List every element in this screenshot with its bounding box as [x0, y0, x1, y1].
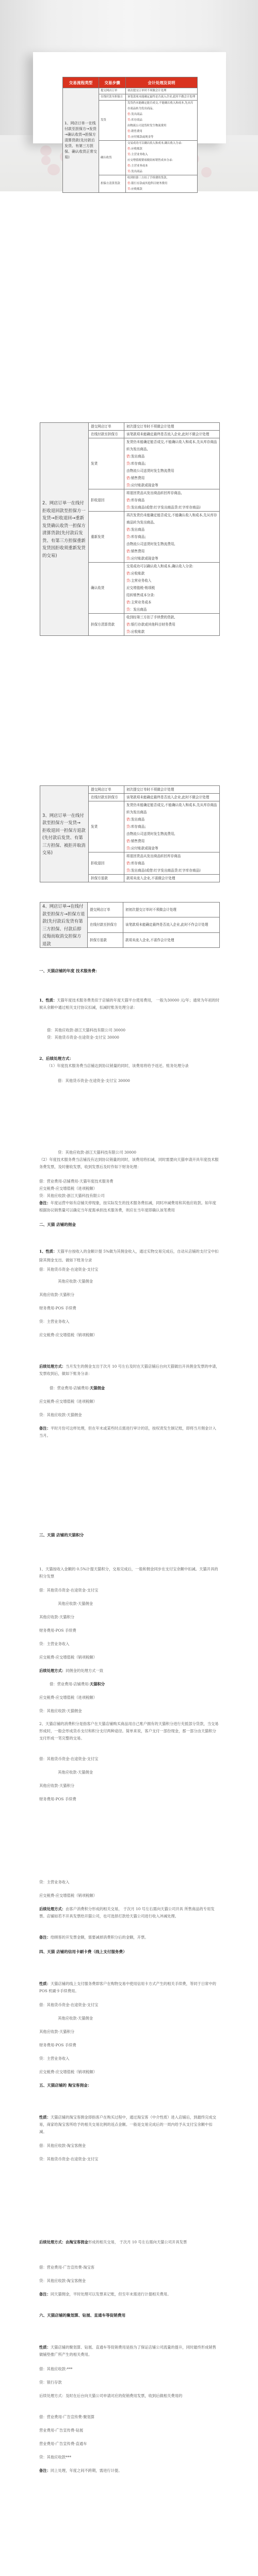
flow-type-cell: 1、网店订单一在线付款至担保方→发货→确认收货→担保方清算货款(先付款后发货、有… — [63, 88, 99, 193]
entry-line: 贷:应付账款或现金等 — [126, 555, 217, 562]
step-cell: 提交网店订单 — [88, 903, 123, 917]
step-cell: 重新发货 — [89, 512, 124, 563]
accounting-cell: 交易成功可以确认收入和成本,确认收入分录:借:应收账款贷:主营业务收入应交增值税… — [124, 563, 220, 614]
credit-marker: 贷 — [126, 462, 130, 466]
entry-line: 借:发出商品 — [126, 526, 217, 533]
accounting-cell: 交易成功可以确认收入和成本,确认收入分录:借:应收账款贷:主营业务收入应交增值税… — [126, 141, 198, 175]
s3-line2: 其他应收款-天猫佣金 — [39, 1600, 220, 1607]
entry-line: 贷:发出商品 — [127, 169, 196, 175]
s1-note: 备注：年度运营中如有店铺关停现象，按实际发生的技术服务费扣减，同时冲减费用和其他… — [39, 1200, 220, 1214]
s2-line1: 借：其他货币资金-在途资金-支付宝 — [39, 1266, 220, 1273]
entry-text: :发出商品(或借:红字发出商品贷:红字库存商品) — [130, 505, 201, 510]
s6-note: 备注：同上处理，年度之间不跨期，需进行计提。 — [39, 2467, 220, 2474]
note-text: 同天猫佣金，平时处理可以发票来记账，但至年末需进行计提相关费用。 — [51, 2292, 171, 2296]
entry-text: :主营业务成本 — [130, 165, 148, 168]
label: 后续处理方式： — [39, 1364, 66, 1369]
entry-text: 再次发货仍未能确定能否成交,不能确认收入和成本,先从库存商品转为发出商品, — [126, 513, 217, 524]
entry-text: :应收账款 — [130, 188, 142, 191]
entry-line: 应交增值税-销项税 — [126, 584, 217, 592]
entry-text: :库存商品 — [130, 119, 142, 122]
s1-followup-1: （1）年度技术服务费当店铺达到协议销量的同时，该费用将给予返还。账务处理分录 — [39, 1062, 220, 1070]
s3-paragraph-2: 2、天猫店铺的消费积分是指客户在天猫店铺购买商品用自己账户拥有的天猫积分进行充抵… — [39, 1720, 220, 1742]
text-bold: 天猫积分 — [90, 1682, 105, 1686]
credit-marker: 贷 — [126, 630, 130, 634]
step-cell: 提交网店订单 — [89, 786, 124, 794]
step-cell: 确认收货 — [89, 563, 124, 614]
entry-text: :库存商品 — [130, 498, 145, 502]
s4-line1: 借：其他货币资金-在途资金-支付宝 — [39, 2001, 220, 2009]
table-row: 1、网店订单一在线付款至担保方→发货→确认收货→担保方清算货款(先付款后发货、有… — [63, 88, 198, 94]
s3-m-line5: 贷：主营业务收入 — [39, 1879, 220, 1886]
entry-text: 由物流公司送货时发生物流费用, — [126, 542, 175, 546]
debit-marker: 借 — [126, 528, 130, 532]
s5-line1: 借：其他应收款-淘宝客佣金 — [39, 2142, 220, 2150]
step-cell: 确认收货 — [99, 141, 126, 175]
s3-followup-line1: 借：营业费用-店铺费用-天猫积分 — [39, 1681, 220, 1688]
debit-marker: 借 — [126, 571, 130, 576]
entry-text: :发出商品 — [130, 454, 145, 458]
label: 后续处理方式： — [39, 1907, 66, 1911]
s4-nature-paragraph: 性质：天猫店铺的线上支付服务费即客户在购物交易中使用信用卡方式产生的相关手续费，… — [39, 1980, 220, 1995]
entry-line: 借:银行存款或其他科目财务费用 — [127, 181, 196, 187]
label: 后续处理方式： — [39, 2240, 66, 2244]
entry-line: 初次提交订单时不须做会计处理 — [127, 88, 196, 94]
flow-type-cell: 4、网店订单→在线付款至担保方→担保方退款(先付款后发货有第三方担保、付款后即反… — [40, 903, 88, 948]
entry-line: 借:销售费用 — [126, 548, 217, 555]
entry-line: 贷:发出商品(或借:红字发出商品贷:红字库存商品) — [126, 504, 217, 511]
entry-text: 由物流公司送货时发生物流费用 — [126, 469, 174, 473]
entry-text: :库存商品 — [130, 861, 145, 865]
s4-line6: 应交税费-应交增值税（销项税额） — [39, 2069, 220, 2076]
entry-text: 该笔款项未能确定最终是否流入企业,此时不做会计处理 — [126, 432, 209, 436]
accounting-cell: 再次发货仍未能确定能否成交,不能确认收入和成本,先从库存商品转为发出商品,借:发… — [124, 512, 220, 563]
entry-line: 款项未流入企业,不需做会计处理 — [126, 875, 217, 882]
header-accounting: 会计处理及说明 — [126, 77, 198, 88]
note-label: 备注： — [39, 1426, 51, 1431]
accounting-cell: 将退回货品从发出商品转回库存商品借:库存商品贷:发出商品(或借:红字发出商品贷:… — [124, 852, 220, 875]
text: 同佣金的处理方式一致 — [66, 1668, 103, 1673]
entry-line: 发货仍未能确定能否成交,不能确认收入和成本,先从库存商品转为发出商品, — [126, 438, 217, 453]
s3-line4: 财务费用-POS 手续费 — [39, 1627, 220, 1634]
entry-line: 贷:库存商品 — [127, 118, 196, 123]
debit-marker: 借 — [126, 817, 130, 822]
section-4-title: 四、天猫 店铺的信用卡刷卡费（线上支付服务费） — [39, 1948, 220, 1956]
step-cell: 担保方清算货款 — [99, 175, 126, 193]
entry-text: 款项未流入企业,不需作会计处理 — [125, 938, 174, 942]
s6-line2: 贷：银行存款 — [39, 2379, 220, 2386]
entry-line: 由物流公司送货时发生物流费用, — [126, 540, 217, 548]
step-cell: 发货 — [89, 801, 124, 852]
entry-text: 款项未流入企业,不需做会计处理 — [126, 876, 175, 880]
entry-text: 发货仍未能确定能否成交,不能确认收入和成本,先从库存商品转为发出商品 — [126, 803, 217, 814]
s2-followup-line1: 借：营业费用-店铺费用-天猫佣金 — [39, 1385, 220, 1392]
entry-line: 交易成功可以确认收入和成本,确认收入分录: — [127, 141, 196, 146]
debit-marker: 借 — [126, 622, 130, 627]
debit-marker: 借 — [126, 476, 130, 480]
entry-line: 贷：发出商品 — [126, 606, 217, 613]
text: 借：营业费用-店铺费用- — [50, 1386, 90, 1390]
table-row: 3、网店订单一在线付款至担保方一发货→ 拒收退回一担保方退款(先付款后发货、有第… — [40, 786, 220, 794]
entry-text: 交易成功可以确认收入和成本,确认收入分录: — [126, 564, 193, 568]
note-label: 备注： — [39, 2468, 51, 2473]
entry-text: 由物流公司送货时发生物流费用, — [126, 832, 175, 836]
s2-line2: 其他应收款-天猫佣金 — [39, 1278, 220, 1285]
label: 后续处理方式： — [39, 1668, 66, 1673]
entry-line: 借:销售费用 — [126, 838, 217, 845]
credit-marker: 贷 — [126, 535, 130, 539]
entry-line: 借:销售费用 — [126, 474, 217, 482]
step-cell: 担保方清算货款 — [89, 614, 124, 636]
hero-accounting-table: 交易流程类型 交易步骤 会计处理及说明 1、网店订单一在线付款至担保方→发货→确… — [62, 77, 198, 193]
entry-text: 初次提交订单时不须做会计处理 — [127, 89, 166, 92]
flow-table-3: 3、网店订单一在线付款至担保方一发货→ 拒收退回一担保方退款(先付款后发货、有第… — [40, 785, 220, 882]
s5-followup: 后续处理方式：由淘宝客佣金形成的相关交易， 于次月 10 号左右需向天猫公司开具… — [39, 2239, 220, 2246]
text: 天猫店铺的淘宝客佣金即指客户在购买过程中，通过淘宝客（中介性质）进入店铺后，到最… — [39, 2115, 216, 2134]
s3-line3: 其他应收款-天猫积分 — [39, 1614, 220, 1621]
entry-text: 初初次提交订单时不须做会计处理 — [125, 908, 176, 912]
s3-line1: 借：其他货币资金-在途资金-支付宝 — [39, 1587, 220, 1594]
credit-marker: 贷 — [126, 505, 130, 510]
accounting-cell: 款项未流入企业,不需作会计处理 — [123, 932, 220, 947]
entry-text: :应付账款或现金等 — [130, 483, 158, 487]
s4-line3: 其他应收款-天猫积分 — [39, 2028, 220, 2036]
entry-text: :主营业务收入 — [130, 153, 148, 156]
entry-line: 该笔款项未能确定最终是否流入企业,此时不作会计处理 — [125, 921, 217, 928]
note-text: 同上处理，年度之间不跨期，需进行计提。 — [51, 2468, 122, 2473]
s6-followup-line2: 营业费用-广告宣传费-钻展 — [39, 2427, 220, 2434]
debit-marker: 借 — [126, 549, 130, 553]
entry-line: 结转销售成本分录: — [126, 592, 217, 599]
debit-marker: 借 — [126, 600, 130, 604]
entry-line: 收到经第三方扣了手续费的货款, — [126, 614, 217, 621]
s6-followup-line3: 营业费用-广告宣传费-直通车 — [39, 2440, 220, 2448]
section-2-title: 二、天猫 店铺的佣金 — [39, 1221, 220, 1228]
header-step: 交易步骤 — [99, 77, 126, 88]
s3-followup-line2: 应交税费-应交增值税（进项税额） — [39, 1694, 220, 1701]
credit-marker: 贷 — [126, 556, 130, 561]
label: 性质： — [39, 2345, 51, 2350]
entry-line: 借:销售费用 — [127, 129, 196, 135]
note-label: 备注： — [39, 1201, 51, 1205]
text: 天猫平台按收入的金额计提 5%做为其佣金收入，通过实物交易完成后，自动从店铺的支… — [39, 1249, 218, 1262]
entry-text: :发出商品(或借:红字发出商品贷:红字库存商品) — [130, 868, 201, 873]
entry-line: 借:库存商品 — [126, 860, 217, 867]
s3-m-line3: 其他应收款-天猫积分 — [39, 1782, 220, 1790]
accounting-cell: 初次提交订单时不须做会计处理 — [124, 423, 220, 431]
s5-followup-line1: 借：营业费用-广告宣传费-淘宝客 — [39, 2264, 220, 2271]
entry-text: 初次提交订单时不须做会计处理 — [126, 424, 174, 429]
entry-line: 贷:应收账款 — [127, 187, 196, 192]
s1-followup-2-line1: 借：营业费用-店铺费用-天猫年度技术服务费 — [39, 1178, 220, 1185]
credit-marker: 贷 — [126, 868, 130, 873]
text: 天猫店铺的聚划算、钻展、直通车等促销费用是指为了保证店铺公司流量的提升，同时最终… — [39, 2345, 216, 2357]
s3-m-line2: 其他应收款-天猫佣金 — [39, 1769, 220, 1776]
step-cell: 提交网店订单 — [89, 423, 124, 431]
entry-text: :主营业务成本 — [130, 600, 152, 604]
entry-text: 将退回货品从发出商品转回库存商品, — [126, 491, 182, 495]
entry-text: :银行存款或其他科目财务费用 — [130, 182, 167, 185]
flow-type-cell: 3、网店订单一在线付款至担保方一发货→ 拒收退回一担保方退款(先付款后发货、有第… — [40, 786, 89, 882]
s2-note: 备注：平时月份可这样处理，但在年末或某些时点需进行审计的话，按权责发生制记账，即… — [39, 1425, 220, 1439]
accounting-cell: 该笔款项未能确定最终是否流入企业,此时不做会计处理 — [124, 794, 220, 801]
credit-marker: 贷 — [126, 608, 130, 612]
label: 性质： — [39, 2115, 51, 2120]
debit-marker: 借 — [126, 839, 130, 843]
entry-text: 该笔款项未能确定最终是否流入企业,此时不做会计处理 — [127, 95, 195, 99]
section-6-title: 六、天猫店铺的聚划算、钻展、直通车等促销费用 — [39, 2312, 220, 2319]
entry-text: 交易成功可以确认收入和成本,确认收入分录: — [127, 142, 182, 145]
step-cell: 在线付款至担保方 — [88, 917, 123, 932]
accounting-cell: 初初次提交订单时不须做会计处理 — [123, 903, 220, 917]
s6-followup: 后续处理方式：及时在后台向天猫公司申请对应的促销费用发票，收到后做相关费用的 — [39, 2392, 220, 2400]
entry-line: 借:主营业务成本 — [126, 599, 217, 606]
accounting-cell: 收到经第三方扣了手续费的货款,借:银行存款或其他科目财务费用贷:应收账款 — [124, 614, 220, 636]
entry-line: 该笔款项未能确定最终是否流入企业,此时不做会计处理 — [127, 94, 196, 100]
s3-line5: 贷：主营业务收入 — [39, 1640, 220, 1648]
entry-line: 借:主营业务成本 — [127, 163, 196, 169]
entry-line: 应交增值税销项税结转销售成本分录: — [127, 158, 196, 163]
s4-line4: 财务费用-POS 手续费 — [39, 2042, 220, 2049]
credit-marker: 贷 — [126, 579, 130, 583]
s5-nature-paragraph: 性质：天猫店铺的淘宝客佣金即指客户在购买过程中，通过淘宝客（中介性质）进入店铺后… — [39, 2114, 220, 2136]
section-5-title: 五、天猫店铺的 淘宝客佣金： — [39, 2082, 220, 2089]
s3-line6: 应交税费-应交增值税（销项税额） — [39, 1654, 220, 1661]
entry-text: 将退回货品从发出商品转回库存商品 — [126, 854, 181, 858]
flow-table-4: 4、网店订单→在线付款至担保方→担保方退款(先付款后发货有第三方担保、付款后即反… — [40, 902, 220, 948]
s2-followup-line2: 应交税费-应交增值税（进项税额） — [39, 1398, 220, 1405]
step-cell: 在线付款至担保方 — [89, 431, 124, 438]
step-cell: 担保方退款 — [88, 932, 123, 947]
entry-text: :应收账款 — [130, 630, 145, 634]
step-cell: 提交网店订单 — [99, 88, 126, 94]
credit-marker: 贷 — [126, 825, 130, 829]
text: 由客户消费积分形成的相关交易， 于次月 10 号左右需向天猫公司开具 所售商品的… — [39, 1907, 215, 1918]
entry-text: :应付账款或现金等 — [130, 136, 153, 139]
entry-line: 收到经第三方扣了手续费的货款, — [127, 175, 196, 181]
note-text: 给顾客的开发票金额，需要减掉消费积分后的金额，开票。 — [51, 1935, 149, 1940]
text: 天猫店铺的线上支付服务费即客户在购物交易中使用信用卡方式产生的相关手续费，等同于… — [39, 1981, 216, 1993]
entry-line: 由物流公司送货时发生物流费用 — [127, 123, 196, 129]
s6-followup-line4: 贷：其他应收款*** — [39, 2454, 220, 2461]
credit-marker: 贷 — [126, 483, 130, 487]
step-cell: 发货 — [89, 438, 124, 489]
entry-text: :应付账款或现金等 — [130, 846, 158, 850]
s1-nature-paragraph: 1、性质：天猫年度技术服务费类似于店铺的年度天猫平台使用费用， 一般为30000… — [39, 997, 220, 1011]
step-cell: 拒收退回 — [89, 852, 124, 875]
step-cell: 在线付款至担保方 — [89, 794, 124, 801]
s2-line6: 应交税费-应交增值税（销项税额） — [39, 1332, 220, 1339]
s1-debit: 借：其他应收款-浙江天猫科技有限公司 30000 — [39, 1027, 220, 1034]
note-text: 平时月份可这样处理，但在年末或某些时点需进行审计的话，按权责发生制记账，即将当月… — [39, 1426, 216, 1438]
debit-marker: 借 — [126, 861, 130, 865]
label: 1、性质： — [39, 998, 57, 1003]
step-cell: 担保方退款 — [89, 875, 124, 882]
entry-line: 借:银行存款或其他科目财务费用 — [126, 621, 217, 628]
s3-m-line6: 应交税费-应交增值税（销项税额） — [39, 1892, 220, 1899]
entry-line: 该笔款项未能确定最终是否流入企业,此时不做会计处理 — [126, 431, 217, 438]
accounting-cell: 初次提交订单时不须做会计处理 — [124, 786, 220, 794]
label: 1、性质： — [39, 1249, 57, 1254]
s1-followup-2-line3: 贷：其他应收款-浙江天猫科技有限公司 — [39, 1192, 220, 1200]
entry-text: :银行存款或其他科目财务费用 — [130, 622, 175, 627]
s6-line1: 借：其他应收款-*** — [39, 2366, 220, 2373]
entry-text: 收到经第三方扣了手续费的货款, — [126, 615, 175, 619]
note-label: 备注： — [39, 1935, 51, 1940]
note-label: 备注： — [39, 2292, 51, 2296]
s1-followup-label: 2、后续处理方式： — [39, 1055, 220, 1062]
entry-text: :库存商品; — [130, 535, 146, 539]
accounting-cell: 发货仍未能确定能否成交,不能确认收入和成本,先从库存商品转为发出商品。借:发出商… — [126, 101, 198, 141]
credit-marker: 贷 — [126, 846, 130, 850]
step-cell: 发货 — [99, 101, 126, 141]
s3-m-line1: 借：其他货币资金-在途资金-支付宝 — [39, 1755, 220, 1763]
entry-line: 借:发出商品 — [126, 816, 217, 823]
entry-line: 初初次提交订单时不须做会计处理 — [125, 906, 217, 913]
s1-followup-1-debit: 借：其他货币资金-在途资金-支付宝 30000 — [39, 1077, 220, 1085]
s1-credit: 贷：其他货币资金-在途资金-支付宝 30000 — [39, 1034, 220, 1041]
entry-text: :销售费用 — [130, 549, 145, 553]
step-cell: 在线付款至担保方 — [99, 94, 126, 101]
s6-followup-line1: 借：营业费用-广告宣传费-聚划算 — [39, 2414, 220, 2421]
entry-line: 贷:应付账款或现金等 — [126, 845, 217, 852]
s3-followup: 后续处理方式：同佣金的处理方式一致 — [39, 1667, 220, 1675]
entry-line: 贷:应收账款 — [126, 628, 217, 635]
text: 天猫年度技术服务费类似于店铺的年度天猫平台使用费用， 一般为30000 元/年；… — [39, 998, 219, 1010]
entry-text: 由物流公司送货时发生物流费用 — [127, 124, 166, 127]
entry-line: 交易成功可以确认收入和成本,确认收入分录: — [126, 563, 217, 570]
entry-line: 贷:库存商品; — [126, 823, 217, 830]
entry-text: :发出商品 — [130, 170, 142, 173]
label: 性质： — [39, 1981, 51, 1986]
s3-followup-line3: 贷：其他应收款-天猫佣金 — [39, 1708, 220, 1715]
bold-text: 由淘宝客佣金 — [66, 2240, 88, 2244]
entry-text: :发出商品 — [130, 528, 145, 532]
flow-type-cell: 2、网店订单一在线付拒收退回款至担保方一发货→拒收退回→重新发货确认收货一担保方… — [40, 423, 89, 636]
entry-line: 初次提交订单时不须做会计处理 — [126, 786, 217, 793]
entry-text: 应交增值税销项税结转销售成本分录: — [127, 159, 173, 162]
entry-text: :应收账款 — [130, 571, 145, 576]
entry-text: 应交增值税-销项税 — [126, 586, 155, 590]
entry-line: 将退回货品从发出商品转回库存商品, — [126, 489, 217, 497]
entry-line: 借:发出商品 — [126, 453, 217, 460]
note-text: 年度运营中如有店铺关停现象，按实际发生的技术服务费扣减，同时冲减费用和其他应收款… — [39, 1201, 216, 1212]
entry-text: 收到经第三方扣了手续费的货款, — [127, 176, 167, 179]
entry-text: :销售费用 — [130, 130, 142, 133]
debit-marker: 借 — [126, 498, 130, 502]
text: 形成的相关交易， 于次月 10 号左右需向天猫公司开具发票 — [88, 2240, 187, 2244]
entry-line: 借:发出商品 — [127, 112, 196, 118]
entry-line: 贷:主营业务收入 — [126, 577, 217, 584]
entry-text: 初次提交订单时不须做会计处理 — [126, 787, 174, 792]
entry-text: :销售费用 — [130, 839, 145, 843]
table-row: 4、网店订单→在线付款至担保方→担保方退款(先付款后发货有第三方担保、付款后即反… — [40, 903, 220, 917]
entry-line: 借:库存商品 — [126, 497, 217, 504]
s4-line5: 贷：主营业务收入 — [39, 2055, 220, 2062]
entry-text: :销售费用 — [130, 476, 145, 480]
s3-paragraph-1: 1、天猫按收入金额的 0.5%计提天猫积分，交易完成后，一般和佣金同步在支付宝余… — [39, 1566, 220, 1580]
s5-line2: 贷：其他货币资金-在途资金-支付宝 — [39, 2156, 220, 2163]
s2-line5: 贷：主营业务收入 — [39, 1318, 220, 1325]
header-flow-type: 交易流程类型 — [63, 77, 99, 88]
text: 当月发生的佣金支出于次月 10 号左右及时在天猫店铺后台向天猫做出开具佣金发票的… — [39, 1364, 220, 1376]
accounting-cell: 发货仍未能确定能否成交,不能确认收入和成本,先从库存商品转为发出商品,借:发出商… — [124, 438, 220, 489]
entry-line: 款项未流入企业,不需作会计处理 — [125, 937, 217, 944]
entry-text: :应收账款 — [130, 147, 142, 151]
entry-text: :库存商品; — [130, 825, 146, 829]
s2-line3: 其他应收款-天猫积分 — [39, 1291, 220, 1299]
text-bold: 天猫佣金 — [90, 1386, 105, 1390]
entry-text: 发货仍未能确定能否成交,不能确认收入和成本,先从库存商品转为发出商品, — [126, 440, 217, 451]
section-3-title: 三、天猫 店铺的天猫积分 — [39, 1532, 220, 1539]
entry-line: 发货仍未能确定能否成交,不能确认收入和成本,先从库存商品转为发出商品 — [126, 801, 217, 816]
s6-nature-paragraph: 性质：天猫店铺的聚划算、钻展、直通车等促销费用是指为了保证店铺公司流量的提升，同… — [39, 2344, 220, 2358]
section-1-title: 一、天猫店铺的年度 技术服务费： — [39, 967, 220, 975]
accounting-cell: 将退回货品从发出商品转回库存商品,借:库存商品贷:发出商品(或借:红字发出商品贷… — [124, 489, 220, 512]
entry-text: ：发出商品 — [130, 608, 147, 612]
accounting-cell: 该笔款项未能确定最终是否流入企业,此时不做会计处理 — [124, 431, 220, 438]
entry-line: 贷:发出商品(或借:红字发出商品贷:红字库存商品) — [126, 867, 217, 874]
entry-line: 贷:应付账款或现金等 — [127, 135, 196, 140]
entry-text: :应付账款或现金等 — [130, 556, 158, 561]
entry-line: 初次提交订单时不须做会计处理 — [126, 423, 217, 430]
accounting-cell: 该笔款项未能确定最终是否流入企业,此时不做会计处理 — [126, 94, 198, 101]
debit-marker: 借 — [126, 454, 130, 458]
entry-text: :发出商品 — [130, 817, 145, 822]
s5-note: 备注：同天猫佣金，平时处理可以发票来记账，但至年末需进行计提相关费用。 — [39, 2291, 220, 2298]
entry-line: 贷:库存商品; — [126, 533, 217, 540]
entry-line: 贷:应付账款或现金等 — [126, 482, 217, 489]
entry-text: :库存商品; — [130, 462, 146, 466]
s4-line2: 其他应收款-天猫佣金 — [39, 2015, 220, 2022]
entry-line: 该笔款项未能确定最终是否流入企业,此时不做会计处理 — [126, 794, 217, 801]
entry-line: 由物流公司送货时发生物流费用 — [126, 467, 217, 474]
s3-followup-2: 后续处理方式：由客户消费积分形成的相关交易， 于次月 10 号左右需向天猫公司开… — [39, 1906, 220, 1920]
accounting-cell: 收到经第三方扣了手续费的货款,借:银行存款或其他科目财务费用贷:应收账款 — [126, 175, 198, 193]
flow-table-2: 2、网店订单一在线付拒收退回款至担保方一发货→拒收退回→重新发货确认收货一担保方… — [40, 422, 220, 636]
entry-line: 将退回货品从发出商品转回库存商品 — [126, 852, 217, 860]
s1-followup-2: （2）年度技术服务费当店铺没有达到协议销量的同时，该费用将扣减，同时需要向天猫申… — [39, 1156, 220, 1171]
s2-line4: 财务费用-POS 手续费 — [39, 1305, 220, 1312]
s3-m-line4: 财务费用-POS 手续费 — [39, 1796, 220, 1803]
entry-line: 贷:主营业务收入 — [127, 152, 196, 158]
entry-text: 该笔款项未能确定最终是否流入企业,此时不做会计处理 — [126, 795, 209, 799]
entry-text: :主营业务收入 — [130, 579, 152, 583]
entry-text: 该笔款项未能确定最终是否流入企业,此时不作会计处理 — [125, 923, 208, 927]
entry-line: 再次发货仍未能确定能否成交,不能确认收入和成本,先从库存商品转为发出商品, — [126, 512, 217, 526]
s1-followup-1-credit: 贷：其他应收款-浙江天猫科技有限公司 30000 — [39, 1149, 220, 1156]
s3-note: 备注：给顾客的开发票金额，需要减掉消费积分后的金额，开票。 — [39, 1934, 220, 1941]
accounting-cell: 初次提交订单时不须做会计处理 — [126, 88, 198, 94]
s1-followup-2-line2: 应交税费-应交增值税（进项税额） — [39, 1185, 220, 1192]
entry-line: 贷:库存商品; — [126, 460, 217, 467]
entry-text: 结转销售成本分录: — [126, 593, 155, 597]
s2-nature-paragraph: 1、性质：天猫平台按收入的金额计提 5%做为其佣金收入，通过实物交易完成后，自动… — [39, 1247, 220, 1265]
s2-followup: 后续处理方式：当月发生的佣金支出于次月 10 号左右及时在天猫店铺后台向天猫做出… — [39, 1363, 220, 1377]
s5-followup-line2: 贷：其他应收款-淘宝客佣金 — [39, 2277, 220, 2285]
entry-line: 借:应收账款 — [126, 570, 217, 577]
accounting-cell: 款项未流入企业,不需做会计处理 — [124, 875, 220, 882]
table-row: 2、网店订单一在线付拒收退回款至担保方一发货→拒收退回→重新发货确认收货一担保方… — [40, 423, 220, 431]
s2-followup-line3: 贷：其他应收款-天猫佣金 — [39, 1412, 220, 1419]
accounting-cell: 该笔款项未能确定最终是否流入企业,此时不作会计处理 — [123, 917, 220, 932]
entry-line: 发货仍未能确定能否成交,不能确认收入和成本,先从库存商品转为发出商品。 — [127, 101, 196, 112]
text: 借：营业费用-店铺费用- — [50, 1682, 90, 1686]
step-cell: 拒收退回 — [89, 489, 124, 512]
entry-line: 由物流公司送货时发生物流费用, — [126, 830, 217, 838]
accounting-cell: 发货仍未能确定能否成交,不能确认收入和成本,先从库存商品转为发出商品借:发出商品… — [124, 801, 220, 852]
entry-line: 借:应收账款 — [127, 146, 196, 152]
entry-text: 发货仍未能确定能否成交,不能确认收入和成本,先从库存商品转为发出商品。 — [127, 102, 193, 110]
